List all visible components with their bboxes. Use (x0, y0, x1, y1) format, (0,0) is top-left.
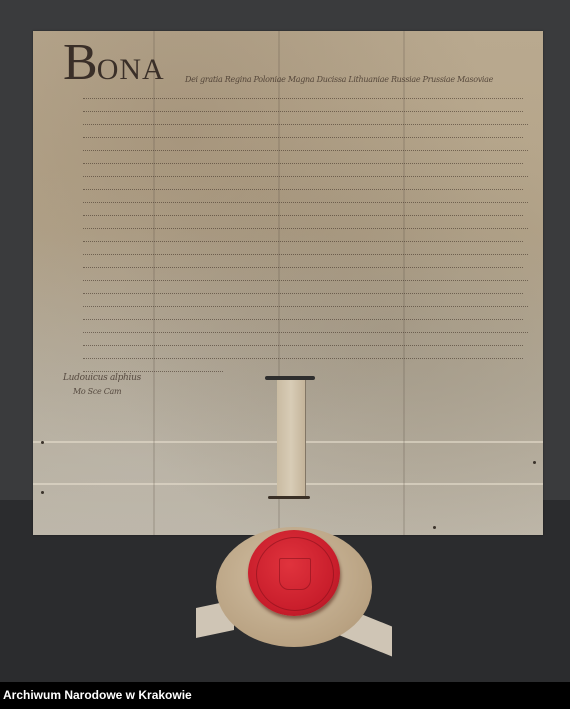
script-line (83, 201, 528, 203)
script-line (83, 344, 523, 346)
seal-strap (277, 378, 306, 498)
script-line (83, 162, 523, 164)
opening-text: Dei gratia Regina Poloniae Magna Ducissa… (185, 75, 493, 84)
script-line (83, 123, 528, 125)
script-line (83, 279, 528, 281)
script-line (83, 227, 528, 229)
hole (41, 491, 44, 494)
script-line (83, 214, 523, 216)
script-line (83, 149, 528, 151)
script-line (83, 370, 223, 372)
script-line (83, 175, 528, 177)
script-line (83, 253, 528, 255)
archive-name: Archiwum Narodowe w Krakowie (3, 688, 192, 702)
script-line (83, 110, 523, 112)
script-line (83, 318, 523, 320)
script-line (83, 357, 523, 359)
script-line (83, 305, 528, 307)
script-line (83, 188, 523, 190)
script-line (83, 97, 523, 99)
fold-line (153, 31, 155, 535)
script-line (83, 292, 523, 294)
footer-bar: Archiwum Narodowe w Krakowie (0, 682, 570, 709)
strap-slit-bottom (268, 496, 310, 499)
fold-line (403, 31, 405, 535)
hole (533, 461, 536, 464)
hole (41, 441, 44, 444)
hole (433, 526, 436, 529)
script-line (83, 240, 523, 242)
coat-of-arms-icon (279, 558, 311, 590)
strap-slit-top (265, 376, 315, 380)
script-line (83, 266, 523, 268)
signature-line: Ludouicus alphius (63, 373, 141, 383)
signature-line: Mo Sce Cam (73, 387, 121, 396)
script-line (83, 331, 528, 333)
script-line (83, 136, 523, 138)
document-title-initial: BONA (63, 37, 165, 89)
